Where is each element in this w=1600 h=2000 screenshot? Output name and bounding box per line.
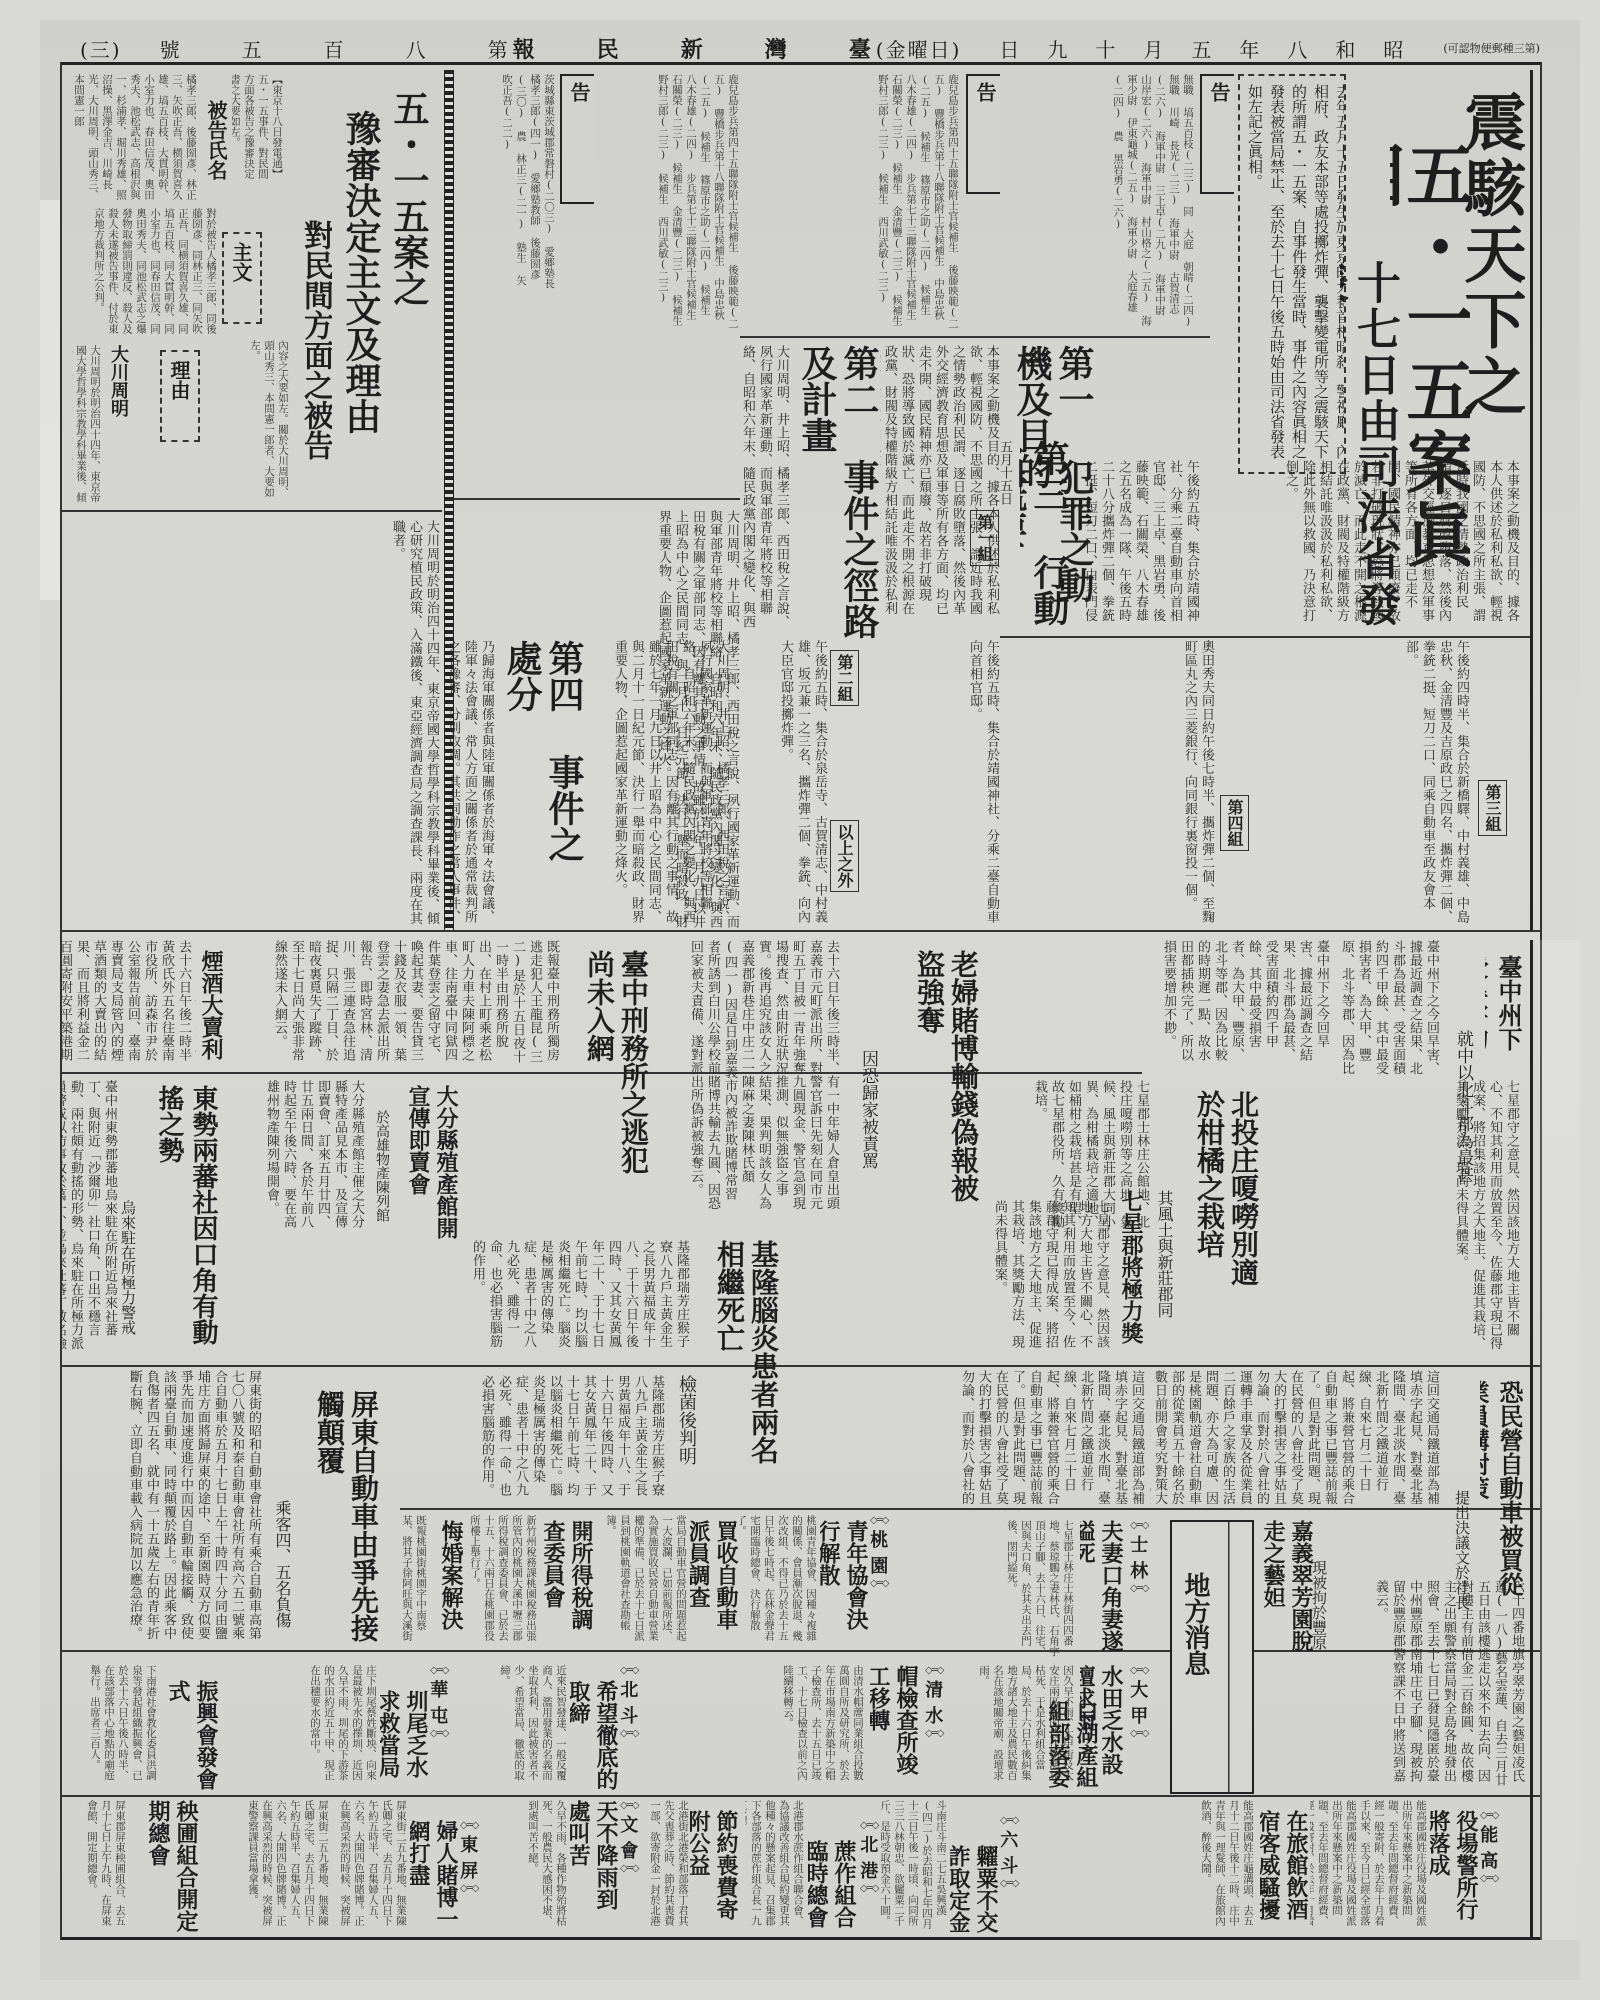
lead-intro-box: 去年五月十五日發生於東京的犬養首相暗殺、警視廳、內相府、政友本部等處投擲炸彈、襲… <box>1238 74 1346 474</box>
divider <box>740 336 1210 338</box>
inn-body-cont: 能高郡國姓庄役場及國姓派出所年來懸案中之新築問題、至去年間總督府經費、經一般寄附… <box>1310 1800 1358 1930</box>
qingshui-headline: 帽檢查所竣工移轉 <box>870 1665 920 1790</box>
place-tag-beidou: ◇═◇北斗◇═◇ <box>620 1665 638 1739</box>
drought-body-cont: 臺中州下之今回旱害、據最近調查之結果、北斗郡為最甚、受害面積約四千甲餘、其中最受… <box>1150 940 1330 1070</box>
tribal-headline: 東勢兩蕃社因口角有動搖之勢 <box>140 1085 220 1365</box>
local-news-banner: 地方消息 <box>1180 1572 1210 1676</box>
qixing-body: 七星郡守之意見、然因該地方大地主皆不關心、不知其利用而放置至今、佐藤郡守現已得成… <box>1270 1080 1520 1360</box>
wenhui-headline: 天不降雨到處叫苦 <box>570 1800 620 1930</box>
local-news-illustration: 地方消息 <box>1170 1520 1254 1794</box>
employees-headline: 恐民營自動車被買從業員講對策 <box>1480 1380 1526 1600</box>
navy-defendants-label: 海軍方面被告 <box>1200 74 1234 194</box>
verdict-headline: 豫審決定主文及理由 <box>332 110 382 450</box>
section-3-body: 午後約五時、集合於靖國神社、分乘二臺自動車向首相官邸、三上卓、黑岩勇、後藤映範、… <box>1080 460 1200 630</box>
place-tag-beigang: ◇═◇北港◇═◇ <box>860 1820 878 1894</box>
taoyuan-youth-headline: 青年協會決行解散 <box>820 1520 870 1650</box>
pingtung-gambling-body: 屏東街二五九番地、無業陳氏卿之宅、去五月十四日下午約五時半、召集婦人五、六名、大… <box>340 1800 408 1930</box>
lead-intro: 去年五月十五日發生於東京的犬養首相暗殺、警視廳、內相府、政友本部等處投擲炸彈、襲… <box>1244 84 1346 464</box>
liudou-headline: 糶粟不交詐取定金 <box>950 1845 1000 1935</box>
beigang-headline: 蔗作組合臨時總會 <box>808 1840 858 1935</box>
qixing-body-cont: 七星郡守之意見、然因該地方大地主皆不關心、不知其利用而放置至今、佐藤郡守現已得成… <box>850 1200 1110 1360</box>
divider <box>62 1365 1540 1367</box>
reason-body: 內容之大要如左。關於大川周明、頭山秀三、本間憲一郎者、大要如左。 <box>194 340 290 500</box>
wenhui-body: 久旱不雨、各種作物殆將枯死、一般農民大感困不堪、到處叫苦不絕。 <box>500 1800 568 1930</box>
drought-body: 臺中州下之今回旱害、據最近調查之結果、北斗郡為最甚、受害面積約四千甲餘、其中最受… <box>1340 940 1440 1080</box>
oita-subhead: 於高雄物產陳列館 <box>370 1110 394 1250</box>
nenggao-body: 能高郡國姓庄役場及國姓派出所年來懸案中之新築問題、至去年間總督府經費、經一般寄附… <box>1360 1800 1428 1930</box>
names-heading: 被告氏名 <box>200 100 230 190</box>
beidou-body: 近來民智發達、一般反覆商人、濫用發業的名義而坐取其利、因此被害者不少、希望當局、… <box>490 1665 568 1790</box>
divider <box>1530 940 1533 1940</box>
bus-body: 屏東街的昭和自動車會社所有乘合自動車高第七〇八號及和泰自動車會社所有高六五二號乘… <box>62 1370 262 1650</box>
nenggao-headline: 役場警所行將落成 <box>1430 1810 1480 1935</box>
bus-headline: 屏東自動車由爭先接觸顛覆 <box>300 1390 380 1660</box>
army-defendants-list-cont: 鹿兒島步兵第四十五聯隊附士官候補生 後藤映範(二五) 豐橋步兵第十八聯隊附士官候… <box>600 74 740 334</box>
purchase-headline: 買收自動車派員調查 <box>690 1520 740 1650</box>
zhenxing-headline: 振興會發會式 <box>160 1680 220 1790</box>
huatun-body: 庄下圳尾蔡姓斷坱、向來是最被先水的擇圳、近因久旱不雨、圳尾的下游茶的水田約近五十… <box>280 1665 378 1790</box>
engagement-body: 既報桃園街桃園字中南蔡某、將其子徐阿旺與大溪街某之女訂婚、其後解消婚約、現已由徐… <box>400 1515 428 1650</box>
seedling-body-cont: 屏東街二五九番地、無業陳氏卿之宅、去五月十四日下午約五時半、召集婦人五、六名、大… <box>200 1800 330 1930</box>
verdict-kicker: 五・一五案之 <box>380 90 430 310</box>
taoyuan-youth-body: 桃園青年協會、因種々複雜的關係、會員漸次脫退、幾次改組、不得已乃於去十五日午後七… <box>740 1515 818 1650</box>
funeral-body: 北港街北港榮和部落丁君其先父喪葬之時、節約其喪費一部、欲寄附金一封於北港街方面委… <box>650 1800 690 1930</box>
section-3-title: 第三 行動之概要 <box>1020 440 1070 630</box>
place-tag-shilin: ◇═◇士林◇═◇ <box>1130 1520 1148 1594</box>
group-4-label: 第四組 <box>1220 795 1249 851</box>
pingtung-gambling-headline: 婦人賭博一網打盡 <box>410 1820 460 1935</box>
place-tag-nenggao: ◇═◇能高◇═◇ <box>1480 1810 1498 1884</box>
zhenxing-body: 下南港社會教化委員洪調泉等發起組織振興會、已於去十六日午後八時半、在該部落中心地… <box>72 1665 158 1790</box>
divider <box>62 1795 1542 1797</box>
masthead: (三) 號 五 百 八 第 報 民 新 灣 臺 (金曜日) 日 九 十 月 五 … <box>80 36 1540 60</box>
place-tag-pingtung: ◇═◇東屏◇═◇ <box>460 1820 478 1894</box>
qingshui-body: 由清水帽蓆同業組合投數萬圓自所及研究所、於去年在市場南方新築中之帽子檢查所、去十… <box>780 1665 865 1790</box>
oita-headline: 大分縣殖產館開宣傳即賣會 <box>400 1085 460 1245</box>
group-2-label: 第二組 <box>830 650 859 706</box>
section-2-body-cont: 大川周明、井上昭、橘孝三郎、西田稅之言說、夙行國家革新運動、而與軍部青年將校等相… <box>740 345 790 635</box>
tribal-subhead: 烏來駐在所極力警戒 <box>118 1200 140 1360</box>
section-1-body: 本事案之動機及目的、據各本人供述於私利私欲、輕視國防、不思國之所主張、謂近時我國… <box>880 345 1000 625</box>
prisoner-body: 既報臺中刑務所獨房逃走犯人王龍昆(三二)是於十五日夜十一時半由刑務所脫出、在村上… <box>240 940 560 1070</box>
place-tag-wenhui: ◇═◇文會◇═◇ <box>620 1800 638 1874</box>
section-3-body-cont: 本事案之動機及目的、據各本人供述於私利私欲、輕視國防、不思國之所主張、謂近時我國… <box>1200 460 1520 630</box>
verdict-dateline: 【東京十八日發電通】五・一五事件、對民間方面各被告之豫審決定書之大要如左。 <box>232 74 284 184</box>
paper-fold <box>1540 940 1580 1940</box>
citrus-subhead: 其風土與新莊郡同 <box>1150 1190 1176 1340</box>
civilian-defendants-label: 常人方面被告 <box>560 74 594 204</box>
army-defendants-list: 鹿兒島步兵第四十五聯隊附士官候補生 後藤映範(二五) 豐橋步兵第十八聯隊附士官候… <box>750 74 960 334</box>
kouhu-headline: 口湖產組組部落委會員 <box>1040 1700 1100 1795</box>
seedling-headline: 秧圃組合開定期總會 <box>130 1800 200 1935</box>
chiayi-body: 六十四番地旗亭翠芳園之藝妲凌氏蓮(一八)藝名雲蓮、自去三月廿五日由該樓逃走以來不… <box>1340 1580 1525 1790</box>
encephalitis-body-cont: 基隆郡瑞芳庄猴子寮八九戶主黃金生之長男黃福成年十八、于十六日午後四時、又其女黃鳳… <box>240 1240 690 1360</box>
chiayi-subhead: 現被拘於豐原 <box>1305 1560 1331 1690</box>
group-3-label: 第三組 <box>1478 780 1507 836</box>
section-4-body: 乃歸海軍關係者與陸軍關係者於海軍々法會議、陸軍々法會議、常人方面之關係者於通常裁… <box>450 640 495 930</box>
employees-body-cont: 這回交通局鐵道部為補填赤字起見、對臺北基隆間、臺北淡水間、臺北新竹間之鐵道並行線… <box>960 1370 1145 1505</box>
gambling-headline: 老婦賭博輸錢偽報被盜強奪 <box>900 950 980 1210</box>
group-other-label: 以上之外 <box>830 820 859 892</box>
shilin-headline: 夫妻口角妻遂縊死 <box>1080 1520 1125 1660</box>
section-2-title: 第二 事件之徑路及計畫 <box>790 345 880 645</box>
purchase-body: 當局自動車官營的問題惹起一大波瀾、已如前報所述、為實施買收民營自動車營業權的準備… <box>600 1515 688 1650</box>
defendant-names: 橘孝三郎、後藤圀彥、林正三、矢吹正吾、横須賀喜久雄、塙五百枝、大貫明幹、小室力也… <box>72 74 198 204</box>
inn-body: 能高郡國姓庄龜溝頭、去五月十二日午後十二時、庄中青年與一理髮師、在旅館內飲酒、醉… <box>1110 1800 1255 1930</box>
group-1-label: 第一組 <box>970 510 999 566</box>
encephalitis-body: 基隆郡瑞芳庄猴子寮八九戶主黃金生之長男黃福成年十八、于十六日午後四時、又其女黃鳳… <box>400 1375 665 1505</box>
main-text-label: 主文 <box>222 232 262 324</box>
main-text-body: 對於被告人橘孝三郎、同後藤圀彥、同林正三、同矢吹正吾、同横須賀喜久雄、同塙五百枝… <box>72 208 218 338</box>
place-tag-taoyuan: ◇═◇桃園◇═◇ <box>870 1515 888 1589</box>
tribal-body: 臺中州東勢郡蕃地烏來駐在所附近烏來社蕃丁、與附近「沙爾卯」社口角、口出不穩言動、… <box>62 1080 118 1360</box>
gambling-body: 去十六日午後三時半、有一中年婦人倉皇出頭嘉義市元町派出所、對警官訴曰先刻在同市元… <box>660 940 840 1210</box>
prisoner-headline: 臺中刑務所之逃犯尚未入網 <box>570 950 650 1200</box>
beidou-headline: 希望徹底的取締 <box>570 1680 620 1790</box>
divider <box>62 930 1540 932</box>
beigang-body: 北港郡水蔗作組合聯合會、為協議改善組合規約變更其他種々的懸案起見、召集郡下各部落… <box>745 1800 805 1930</box>
group-4-body: 奧田秀夫同日約午後七時半、攜炸彈二個、至麴町區丸之內三菱銀行、向同銀行裏窗投一個… <box>1005 640 1215 930</box>
issue-number: 號 五 百 八 第 <box>160 34 510 63</box>
shilin-body: 七星郡士林庄士林街四四番地、蔡琼鵬之妻林氏、石角字頂山子腳、去十六日、往宅、因與… <box>1000 1520 1075 1660</box>
divider <box>450 498 740 500</box>
encephalitis-headline: 基隆腦炎患者兩名相繼死亡 <box>700 1240 780 1480</box>
liudou-body: 斗南庄斗南二七五吳興漢(四二)於去昭和七年四月十三日午後一時頃、向同所三三八林朝… <box>880 1800 948 1930</box>
divider <box>62 510 442 512</box>
oita-body: 大分縣殖產館主催之大分縣特產品見本市、及宣傳即賣會、訂來五月廿四、廿五兩日間、各… <box>240 1080 365 1240</box>
section-4-title: 第四 事件之處分 <box>495 640 585 890</box>
engagement-headline: 悔婚案解決 <box>430 1520 465 1650</box>
place-tag-dajia: ◇═◇大甲◇═◇ <box>1130 1665 1148 1739</box>
group-3-body: 午後約四時半、集合於新橋驛、中村義雄、中島忠秋、金清豐及吉原政巳之四名、攜炸彈二… <box>1260 640 1470 930</box>
section-4-body-cont: 大川周明、井上昭、橘孝三郎、西田稅之言說、夙行國家革新運動、而與軍部青年將校等相… <box>590 640 730 930</box>
qixing-headline: 七星郡將極力獎勵 <box>1115 1190 1145 1360</box>
issue-date: 日 九 十 月 五 年 八 和 昭 <box>999 34 1405 63</box>
verdict-subhead: 對民間方面之被告 <box>296 220 332 460</box>
citrus-headline: 北投庄嗄嘮別適於柑橘之栽培 <box>1180 1090 1260 1290</box>
bus-subhead: 乘客四、五名負傷 <box>268 1500 294 1650</box>
funeral-headline: 節約喪費寄附公益 <box>690 1810 740 1935</box>
drought-kicker: 臺中州下受旱害的四千甲 <box>1485 955 1525 1055</box>
tax-committee-body: 新竹州稅務課桃園稅務出張所管內的桃園大溪中壢三郡所得稅調查委員會、已於去十五、十… <box>470 1515 538 1650</box>
place-tag-liudou: ◇═◇六斗◇═◇ <box>1000 1815 1018 1889</box>
page-number: (三) <box>80 34 122 63</box>
seedling-body: 屏東郡屏東秧圃組合、去五月十七日上午九時、在屏東會館、開定期總會。 <box>72 1800 127 1930</box>
postal-note: (可認物便郵種三第) <box>1443 40 1540 56</box>
group-2-body: 午後約五時、集合於泉岳寺、古賀清志、中村義雄、坂元兼一之三名、攜炸彈二個、拳銃、… <box>740 640 828 930</box>
tax-committee-headline: 開所得稅調查委員會 <box>540 1520 595 1650</box>
gambling-subhead: 因恐歸家被責罵 <box>852 1050 880 1250</box>
inn-headline: 在旅館飲酒宿客威騷擾 <box>1260 1810 1310 1935</box>
place-tag-qingshui: ◇═◇清水◇═◇ <box>925 1665 943 1739</box>
divider <box>1530 70 1533 930</box>
group-1-body: 午後約五時、集合於靖國神社、分乘二臺自動車向首相官邸。 <box>880 640 1000 930</box>
employees-body: 這回交通局鐵道部為補填赤字起見、對臺北基隆間、臺北淡水間、臺北新竹間之鐵道並行線… <box>1150 1370 1440 1505</box>
huatun-headline: 圳尾乏水求救當局 <box>380 1690 430 1790</box>
encephalitis-subhead: 檢菌後判明 <box>672 1375 698 1495</box>
weekday: (金曜日) <box>876 34 962 63</box>
verdict-body-cont: 大川周明於明治四十四年、東京帝國大學哲學科宗教學科畢業後、傾心研究植民政策、入滿… <box>72 520 440 925</box>
paper-tear <box>40 200 60 600</box>
okawa-heading: 大川周明 <box>104 345 132 425</box>
navy-defendants-list: 無職 塙五百枝(二三) 同 大庭 朝晴(二四) 無職 川崎 長光(二三) 海軍中… <box>1000 74 1195 334</box>
tobacco-headline: 煙酒大賣利益寄附築港期成 <box>195 950 225 1070</box>
civilian-defendants-list: 茨城縣東茨城郡常磐村(二〇三) 愛鄉塾長 橘孝三郎(四一) 愛鄉塾教師 後藤圀彥… <box>456 74 556 294</box>
divider <box>400 1508 1540 1510</box>
tobacco-body: 去十六日午後二時半黃欣氏外五名往臺南市役所、訪森市尹於公室報告前回、臺南專賣局支… <box>62 940 192 1070</box>
place-tag-huatun: ◇═◇華屯◇═◇ <box>430 1665 448 1739</box>
paper-name: 報 民 新 灣 臺 <box>513 33 873 64</box>
army-defendants-label: 陸軍方面被告 <box>966 74 1000 194</box>
okawa-body: 大川周明於明治四十四年、東京帝國大學哲學科宗教學科畢業後、傾心研究植民政策、入滿… <box>72 345 102 505</box>
